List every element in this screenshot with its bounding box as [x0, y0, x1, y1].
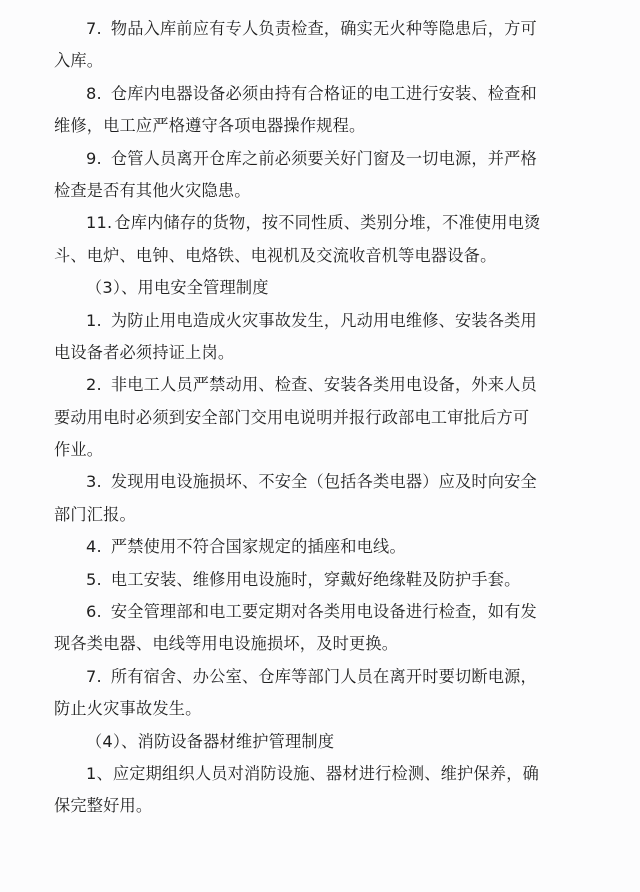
section-heading-electrical-safety: （3）、用电安全管理制度: [54, 272, 540, 304]
item-number: 3.: [86, 466, 102, 498]
paragraph-item-7b-line-2: 防止火灾事故发生。: [54, 693, 540, 725]
item-text: 电工安装、维修用电设施时，穿戴好绝缘鞋及防护手套。: [111, 570, 521, 589]
item-text: 发现用电设施损坏、不安全（包括各类电器）应及时向安全: [111, 472, 537, 491]
item-text: 仓库内电器设备必须由持有合格证的电工进行安装、检查和: [111, 84, 537, 103]
document-body: 7.物品入库前应有专人负责检查，确实无火种等隐患后，方可 入库。 8.仓库内电器…: [54, 13, 540, 823]
paragraph-item-7-line-1: 7.物品入库前应有专人负责检查，确实无火种等隐患后，方可: [54, 13, 540, 45]
paragraph-item-2-line-1: 2.非电工人员严禁动用、检查、安装各类用电设备，外来人员: [54, 369, 540, 401]
paragraph-item-5-line-1: 5.电工安装、维修用电设施时，穿戴好绝缘鞋及防护手套。: [54, 564, 540, 596]
paragraph-item-7-line-2: 入库。: [54, 45, 540, 77]
item-text: 应定期组织人员对消防设施、器材进行检测、维护保养，确: [113, 764, 539, 783]
paragraph-item-3-line-2: 部门汇报。: [54, 499, 540, 531]
paragraph-item-9-line-1: 9.仓管人员离开仓库之前必须要关好门窗及一切电源，并严格: [54, 143, 540, 175]
item-text: 仓管人员离开仓库之前必须要关好门窗及一切电源，并严格: [111, 149, 537, 168]
paragraph-item-11-line-2: 斗、电炉、电钟、电烙铁、电视机及交流收音机等电器设备。: [54, 240, 540, 272]
item-text: 为防止用电造成火灾事故发生，凡动用电维修、安装各类用: [111, 311, 537, 330]
paragraph-item-8-line-1: 8.仓库内电器设备必须由持有合格证的电工进行安装、检查和: [54, 78, 540, 110]
document-page: 7.物品入库前应有专人负责检查，确实无火种等隐患后，方可 入库。 8.仓库内电器…: [0, 0, 640, 892]
item-number: 9.: [86, 143, 102, 175]
item-text: 安全管理部和电工要定期对各类用电设备进行检查，如有发: [111, 602, 537, 621]
item-text: 所有宿舍、办公室、仓库等部门人员在离开时要切断电源，: [111, 667, 537, 686]
paragraph-item-7b-line-1: 7.所有宿舍、办公室、仓库等部门人员在离开时要切断电源，: [54, 661, 540, 693]
item-number: 7.: [86, 661, 102, 693]
item-number: 1、: [86, 758, 113, 790]
paragraph-item-6-line-2: 现各类电器、电线等用电设施损坏，及时更换。: [54, 628, 540, 660]
paragraph-item-1-line-1: 1.为防止用电造成火灾事故发生，凡动用电维修、安装各类用: [54, 305, 540, 337]
paragraph-item-8-line-2: 维修，电工应严格遵守各项电器操作规程。: [54, 110, 540, 142]
paragraph-item-1b-line-2: 保完整好用。: [54, 790, 540, 822]
paragraph-item-2-line-2: 要动用电时必须到安全部门交用电说明并报行政部电工审批后方可: [54, 402, 540, 434]
paragraph-item-9-line-2: 检查是否有其他火灾隐患。: [54, 175, 540, 207]
item-number: 7.: [86, 13, 102, 45]
item-number: 11.: [86, 207, 112, 239]
item-number: 2.: [86, 369, 102, 401]
paragraph-item-4-line-1: 4.严禁使用不符合国家规定的插座和电线。: [54, 531, 540, 563]
item-number: 1.: [86, 305, 102, 337]
item-number: 5.: [86, 564, 102, 596]
paragraph-item-1-line-2: 电设备者必须持证上岗。: [54, 337, 540, 369]
paragraph-item-3-line-1: 3.发现用电设施损坏、不安全（包括各类电器）应及时向安全: [54, 466, 540, 498]
paragraph-item-2-line-3: 作业。: [54, 434, 540, 466]
item-number: 8.: [86, 78, 102, 110]
paragraph-item-6-line-1: 6.安全管理部和电工要定期对各类用电设备进行检查，如有发: [54, 596, 540, 628]
item-text: 严禁使用不符合国家规定的插座和电线。: [111, 537, 406, 556]
item-text: 仓库内储存的货物，按不同性质、类别分堆，不准使用电烫: [114, 213, 540, 232]
item-text: 非电工人员严禁动用、检查、安装各类用电设备，外来人员: [111, 375, 537, 394]
paragraph-item-11-line-1: 11.仓库内储存的货物，按不同性质、类别分堆，不准使用电烫: [54, 207, 540, 239]
item-text: 物品入库前应有专人负责检查，确实无火种等隐患后，方可: [111, 19, 537, 38]
section-heading-fire-equipment: （4）、消防设备器材维护管理制度: [54, 726, 540, 758]
item-number: 6.: [86, 596, 102, 628]
item-number: 4.: [86, 531, 102, 563]
paragraph-item-1b-line-1: 1、应定期组织人员对消防设施、器材进行检测、维护保养，确: [54, 758, 540, 790]
